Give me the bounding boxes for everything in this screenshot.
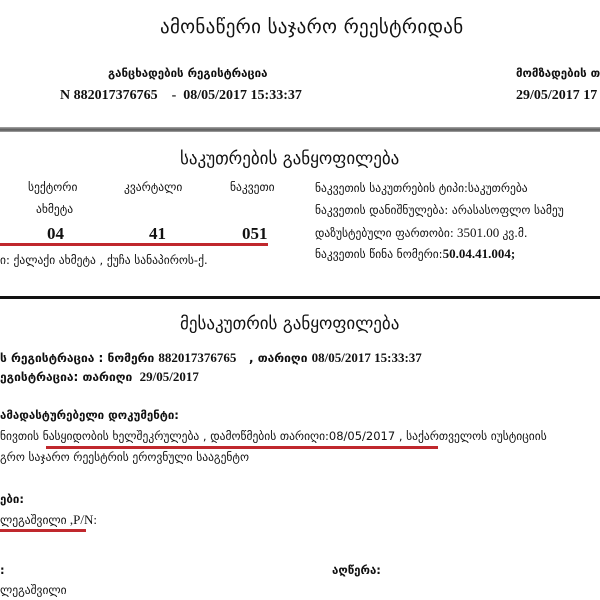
section-divider [0,296,600,299]
description-label: აღწერა: [332,563,381,577]
parcel-area-unit: კვ.მ. [502,226,527,240]
prepared-date-value: 29/05/2017 17 [516,88,597,104]
prepared-date-label: მომზადების თ [516,66,600,80]
parcel-previous-number-label: ნაკვეთის წინა ნომერი: [315,247,443,261]
basis-document-line: ნივთის ნასყიდობის ხელშეკრულება , დამოწმე… [0,429,547,443]
owner-registration-number: 882017376765 [158,350,236,365]
quarter-value: 41 [149,224,166,244]
parcel-purpose-value: არასასოფლო სამეუ [448,203,564,217]
owner-registration-line-2: ეგისტრაცია: თარიღი 29/05/2017 [0,369,199,385]
property-section-heading: საკუთრების განყოფილება [180,149,399,169]
basis-document-label: ამადასტურებელი დოკუმენტი: [0,408,179,422]
parcel-ownership-type: ნაკვეთის საკუთრების ტიპი:საკუთრება [315,181,528,195]
parcel-value: 051 [242,224,268,244]
owner-name: ლეგაშვილი [0,513,67,527]
basis-document-underline [46,446,438,449]
owner-name-underline [0,529,86,532]
quarter-label: კვარტალი [124,180,182,194]
parcel-previous-number-value: 50.04.41.004; [443,246,516,261]
parcel-area: დაზუსტებული ფართობი: 3501.00 კვ.მ. [315,225,528,241]
owner-name-line: ლეგაშვილი ,P/N: [0,512,97,528]
document-title: ამონაწერი საჯარო რეესტრიდან [160,16,463,38]
owner-registration2-date: 29/05/2017 [136,369,198,384]
section-divider [0,127,600,132]
parcel-ownership-type-label: ნაკვეთის საკუთრების ტიპი: [315,181,468,195]
owner-section-heading: მესაკუთრის განყოფილება [180,314,399,334]
owner-personal-number-label: ,P/N: [67,512,97,527]
application-registration-value: N 882017376765 - 08/05/2017 15:33:37 [60,88,302,104]
sector-sub-label: ახმეტა [36,202,73,216]
basis-document-prefix: ნივთის [0,429,43,443]
parcel-label: ნაკვეთი [230,180,275,194]
basis-document-title: ნასყიდობის ხელშეკრულება , დამოწმების თარ… [43,429,396,443]
parcel-purpose: ნაკვეთის დანიშნულება: არასასოფლო სამეუ [315,203,564,217]
property-address: ი: ქალაქი ახმეტა , ქუჩა სანაპიროს-ქ. [0,253,208,267]
owner-registration2-label: ეგისტრაცია: თარიღი [0,370,136,384]
parcel-area-value: 3501.00 [454,225,503,240]
owners-label: ები: [0,492,24,506]
sector-value: 04 [47,224,64,244]
description-owner-name: ლეგაშვილი [0,583,67,597]
owner-registration-date-label: , თარიღი [236,351,311,365]
cadastral-code-underline [0,243,268,246]
owner-registration-line: ს რეგისტრაცია : ნომერი 882017376765 , თა… [0,350,422,366]
basis-document-suffix: , საქართველოს იუსტიციის [395,429,547,443]
sector-label: სექტორი [28,180,77,194]
basis-document-issuer: გრო საჯარო რეესტრის ეროვნული სააგენტო [0,450,249,464]
parcel-ownership-type-value: საკუთრება [468,181,528,195]
description-left-label: : [0,563,5,577]
application-registration-label: განცხადების რეგისტრაცია [108,66,268,80]
owner-registration-label: ს რეგისტრაცია : ნომერი [0,351,158,365]
parcel-area-label: დაზუსტებული ფართობი: [315,226,454,240]
parcel-purpose-label: ნაკვეთის დანიშნულება: [315,203,448,217]
parcel-previous-number: ნაკვეთის წინა ნომერი:50.04.41.004; [315,246,515,262]
owner-registration-date: 08/05/2017 15:33:37 [312,350,422,365]
